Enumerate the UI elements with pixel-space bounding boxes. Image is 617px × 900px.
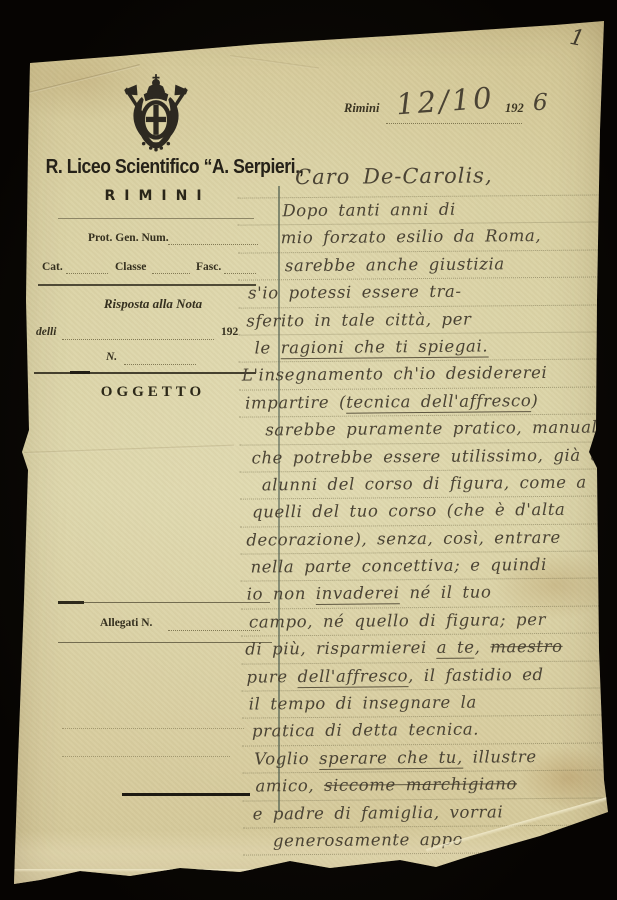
letter-line-segment: dell'affresco xyxy=(297,666,408,688)
letter-line: campo, né quello di figura; per xyxy=(241,606,613,637)
dateline-place: Rimini xyxy=(344,101,379,116)
delli-label: delli xyxy=(36,326,56,338)
letter-line-segment: Voglio xyxy=(254,749,319,769)
letter-line-segment: siccome marchigiano xyxy=(324,774,517,795)
letter-line-segment: , il fastidio ed xyxy=(408,665,544,685)
letter-lines: Dopo tanti anni dimio forzato esilio da … xyxy=(237,195,615,856)
letter-line: sferito in tale città, per xyxy=(238,305,610,336)
dateline-handwritten-date: 12/10 xyxy=(395,81,496,122)
crease-line xyxy=(230,55,319,70)
sidebar-rule xyxy=(58,602,270,603)
letter-line-segment: né il tuo xyxy=(399,583,491,603)
letter-line-segment: ) xyxy=(531,391,538,410)
letterhead-rule xyxy=(58,218,254,219)
paper-sheet: R. Liceo Scientifico “A. Serpieri„ RIMIN… xyxy=(0,0,617,900)
dateline-year-printed: 192 xyxy=(505,101,524,116)
letter-line: sarebbe anche giustizia xyxy=(238,250,610,281)
classe-label: Classe xyxy=(115,261,146,273)
cat-fill-line xyxy=(66,272,108,274)
scanned-letter-page: R. Liceo Scientifico “A. Serpieri„ RIMIN… xyxy=(0,0,617,900)
classe-fill-line xyxy=(152,272,190,274)
letter-line: impartire (tecnica dell'affresco) xyxy=(239,387,611,418)
page-number: 1 xyxy=(568,25,587,52)
sidebar-rule xyxy=(58,642,272,643)
prot-gen-num-label: Prot. Gen. Num. xyxy=(88,232,169,244)
letter-line-segment: pure xyxy=(246,667,297,686)
letter-line: Voglio sperare che tu, illustre xyxy=(242,743,614,774)
letter-salutation: Caro De-Carolis, xyxy=(237,158,609,198)
sidebar-faint-line xyxy=(62,727,244,729)
letter-line-segment: invaderei xyxy=(316,584,400,606)
savoy-crest-icon xyxy=(112,74,200,164)
letter-line: quelli del tuo corso (che è d'alta xyxy=(240,497,612,528)
letter-line: io non invaderei né il tuo xyxy=(241,579,613,610)
letter-line: nella parte concettiva; e quindi xyxy=(240,551,612,582)
letter-line-segment: impartire ( xyxy=(245,392,346,412)
letter-line: le ragioni che ti spiegai. xyxy=(238,332,610,363)
letter-line-segment: sperare che tu, xyxy=(319,748,463,770)
letter-line: s'io potessi essere tra- xyxy=(238,278,610,309)
crease-line xyxy=(24,445,234,454)
sidebar-rule-dash xyxy=(58,601,84,604)
letter-line: pure dell'affresco, il fastidio ed xyxy=(241,661,613,692)
letter-line-segment: illustre xyxy=(463,747,537,767)
letter-line-segment: io non xyxy=(247,584,316,604)
letter-line: mio forzato esilio da Roma, xyxy=(238,223,610,254)
letter-line: pratica di detta tecnica. xyxy=(242,716,614,747)
letter-line: di più, risparmierei a te, maestro xyxy=(241,634,613,665)
letter-line-segment: amico, xyxy=(255,776,324,796)
dateline-fill-line xyxy=(386,122,522,124)
sidebar-faint-line xyxy=(62,755,230,757)
sidebar-black-bar xyxy=(122,793,250,796)
letter-body: Caro De-Carolis, Dopo tanti anni dimio f… xyxy=(237,158,615,856)
letter-line-segment: di più, risparmierei xyxy=(245,638,437,659)
letterhead-rule xyxy=(38,284,256,286)
letter-line: decorazione), senza, così, entrare xyxy=(240,524,612,555)
letterhead-rule-dash xyxy=(70,371,90,374)
letter-line-segment: , xyxy=(474,638,490,657)
letter-line: alunni del corso di figura, come a xyxy=(240,469,612,500)
letter-line-segment: maestro xyxy=(490,637,563,657)
letter-line: Dopo tanti anni di xyxy=(237,195,609,226)
dateline-year-digit: 6 xyxy=(533,90,548,116)
letter-line-segment: tecnica dell'affresco xyxy=(346,391,531,414)
fasc-label: Fasc. xyxy=(196,261,221,273)
letterhead-rule xyxy=(34,372,256,374)
letter-line-segment: a te xyxy=(437,638,475,659)
n-label: N. xyxy=(106,351,117,363)
letter-line-segment: ragioni che ti spiegai. xyxy=(281,336,489,359)
delli-year: 192 xyxy=(221,326,238,338)
allegati-label: Allegati N. xyxy=(100,617,152,629)
delli-fill-line xyxy=(62,338,214,340)
letter-line-segment: le xyxy=(255,338,281,357)
n-fill-line xyxy=(124,363,196,365)
letter-line: il tempo di insegnare la xyxy=(242,688,614,719)
letter-line: che potrebbe essere utilissimo, già agli xyxy=(239,442,611,473)
letter-line: L'insegnamento ch'io desidererei xyxy=(239,360,611,391)
letter-line: sarebbe puramente pratico, manuale, xyxy=(239,415,611,446)
torn-bottom-edge xyxy=(14,869,438,872)
letter-line: amico, siccome marchigiano xyxy=(242,771,614,802)
cat-label: Cat. xyxy=(42,261,63,273)
